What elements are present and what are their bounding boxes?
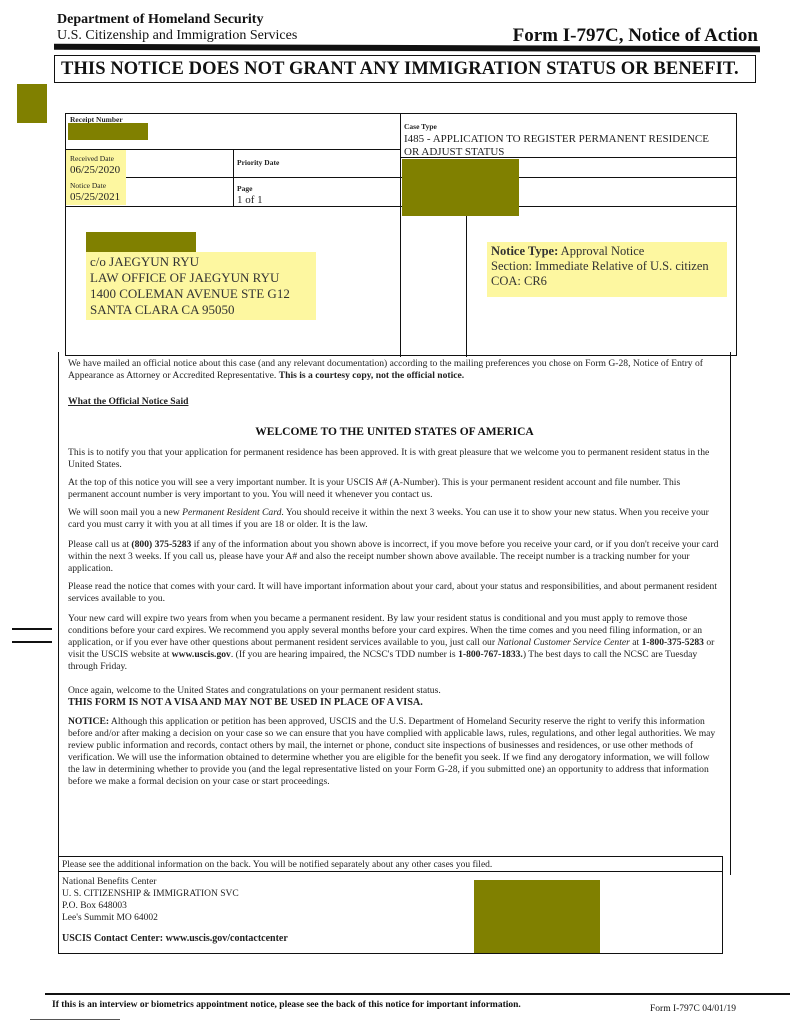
verification-notice: NOTICE: Although this application or pet… [68,716,720,788]
visa-warning: THIS FORM IS NOT A VISA AND MAY NOT BE U… [68,697,720,709]
received-date-label: Received Date [70,154,114,163]
scan-artifact [30,1019,120,1020]
notice-section: Section: Immediate Relative of U.S. citi… [491,259,723,274]
page-value: 1 of 1 [237,194,263,206]
notice-date-label: Notice Date [70,181,106,190]
sub-agency-name: U.S. Citizenship and Immigration Service… [57,28,297,44]
form-version: Form I-797C 04/01/19 [650,1004,736,1014]
recipient-name-redacted [86,232,196,252]
address-line: 1400 COLEMAN AVENUE STE G12 [90,286,312,302]
notice-type-block: Notice Type: Approval Notice Section: Im… [487,242,727,297]
body-paragraph: Please call us at (800) 375-5283 if any … [68,539,720,575]
address-line: LAW OFFICE OF JAEGYUN RYU [90,270,312,286]
agency-name: Department of Homeland Security [57,12,263,28]
additional-info-note: Please see the additional information on… [62,859,492,871]
receipt-number-redacted [68,123,148,140]
contact-center: USCIS Contact Center: www.uscis.gov/cont… [62,933,288,945]
intro-paragraph: We have mailed an official notice about … [68,358,720,382]
header-rule [54,44,760,52]
received-date-value: 06/25/2020 [70,164,120,176]
welcome-title: WELCOME TO THE UNITED STATES OF AMERICA [58,426,731,438]
body-paragraph: This is to notify you that your applicat… [68,447,720,471]
biometrics-note: If this is an interview or biometrics ap… [52,1000,521,1010]
priority-date-label: Priority Date [237,158,279,167]
notice-date-value: 05/25/2021 [70,191,120,203]
notice-coa: COA: CR6 [491,274,723,289]
body-paragraph: At the top of this notice you will see a… [68,477,720,501]
barcode-redacted [474,880,600,953]
address-line: c/o JAEGYUN RYU [90,254,312,270]
notice-type-value: Approval Notice [561,244,645,258]
margin-mark [12,628,52,630]
section-heading: What the Official Notice Said [68,396,188,408]
body-paragraph: Please read the notice that comes with y… [68,581,720,605]
body-paragraph: Once again, welcome to the United States… [68,685,720,697]
page-label: Page [237,184,252,193]
case-type-value: I485 - APPLICATION TO REGISTER PERMANENT… [404,133,724,159]
bottom-rule [45,993,790,995]
office-info-box: Please see the additional information on… [58,856,723,954]
address-line: SANTA CLARA CA 95050 [90,302,312,318]
applicant-redacted [402,159,519,216]
office-address: National Benefits Center U. S. CITIZENSH… [62,876,239,924]
body-paragraph: We will soon mail you a new Permanent Re… [68,507,720,531]
notice-type-label: Notice Type: [491,244,558,258]
form-title: Form I-797C, Notice of Action [513,25,758,47]
body-paragraph: Your new card will expire two years from… [68,613,720,673]
mailing-address: c/o JAEGYUN RYU LAW OFFICE OF JAEGYUN RY… [86,252,316,320]
case-type-label: Case Type [404,122,437,131]
margin-mark [12,641,52,643]
status-warning: THIS NOTICE DOES NOT GRANT ANY IMMIGRATI… [54,55,756,83]
redaction-block [17,84,47,123]
